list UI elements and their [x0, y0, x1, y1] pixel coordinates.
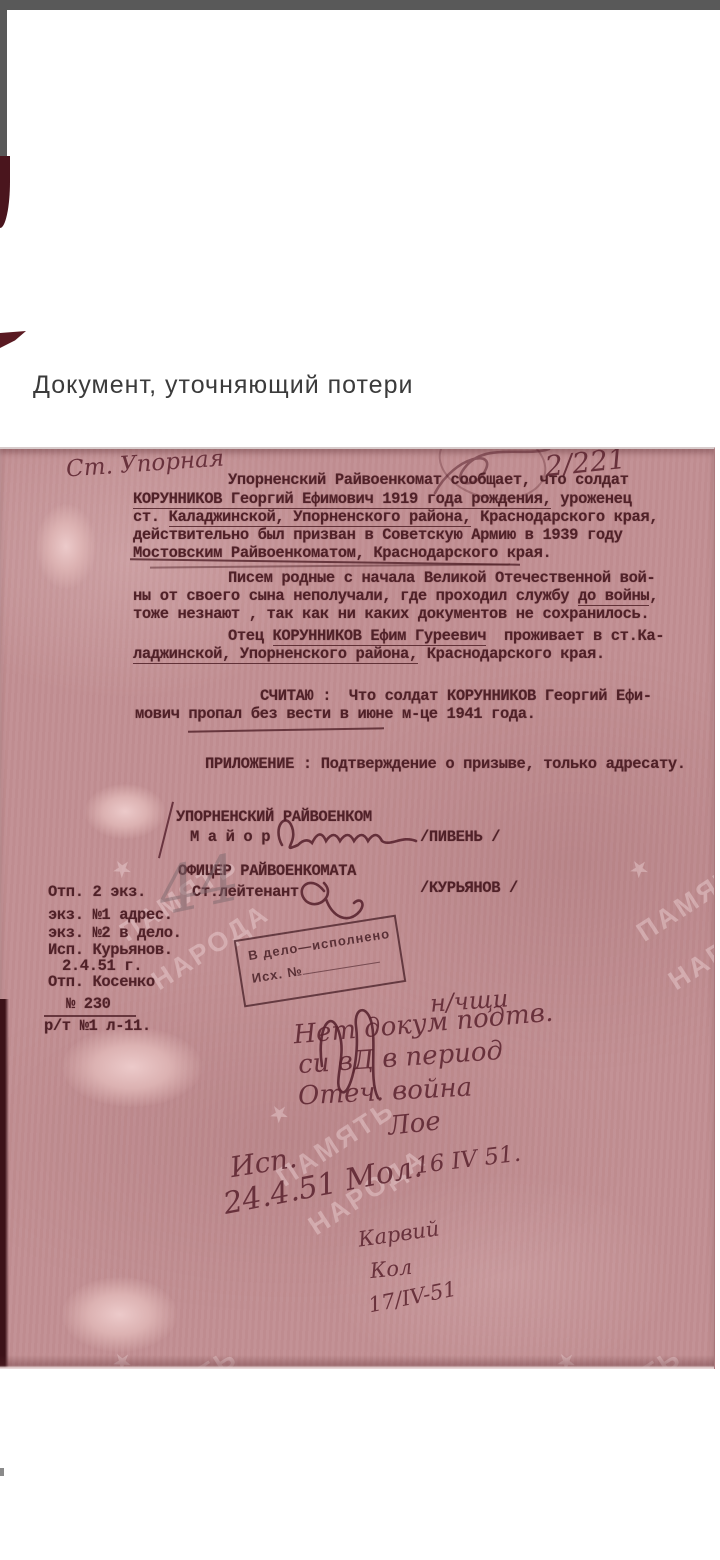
underlined-text: КОРУННИКОВ Ефим Гуреевич — [273, 627, 487, 646]
hand-note-station: Ст. Упорная — [65, 448, 224, 482]
typed-text: уроженец — [551, 490, 631, 508]
stamp-blank-line — [303, 962, 380, 975]
underlined-text: до войны — [578, 587, 649, 606]
typed-text: проживает в ст.Ка- — [486, 627, 664, 645]
scan-bottom-shadow — [0, 1355, 714, 1369]
brand-flag-icon — [0, 331, 26, 348]
brand-logo-fragment — [0, 156, 10, 228]
typed-line: КОРУННИКОВ Георгий Ефимович 1919 года ро… — [133, 490, 632, 509]
paper-crease — [36, 504, 96, 589]
hand-note: Отеч. война — [297, 1074, 472, 1109]
copies-note-line: экз. №1 адрес. — [48, 906, 173, 925]
typed-text: Отец — [228, 627, 273, 645]
typed-text: Краснодарского края, — [471, 508, 658, 526]
typed-line: ПРИЛОЖЕНИЕ : Подтверждение о призыве, то… — [205, 755, 686, 774]
hand-signature-short: Лое — [387, 1108, 442, 1139]
doc-rt-number: р/т №1 л-11. — [44, 1017, 151, 1036]
paper-tear — [62, 1027, 202, 1107]
copies-note-line: экз. №2 в дело. — [48, 924, 182, 943]
typed-line: ны от своего сына неполучали, где проход… — [133, 587, 658, 606]
typed-text: , — [649, 587, 658, 605]
hand-underline — [188, 727, 384, 732]
typed-line: ладжинской, Упорненского района, Краснод… — [133, 645, 605, 664]
typed-line: тоже незнают , так как ни каких документ… — [133, 605, 649, 624]
paper-tear — [62, 1277, 177, 1352]
hand-date: 16 IV 51. — [414, 1143, 522, 1179]
sig-name-line: /ПИВЕНЬ / — [420, 828, 500, 847]
underlined-text: КОРУННИКОВ Георгий Ефимович 1919 года ро… — [133, 490, 551, 509]
stamp-label: Исх. № — [251, 963, 304, 986]
copies-note-line: Отп. 2 экз. — [48, 883, 146, 902]
hand-note: Кол — [369, 1257, 413, 1282]
document-scan-image[interactable]: ★ ПАМЯТЬ НАРОДА ★ ПАМЯТЬ НАРОДА ★ ПАМЯТЬ… — [0, 447, 715, 1369]
scan-left-shadow — [0, 999, 9, 1369]
major-signature — [268, 807, 423, 862]
left-edge-strip — [0, 10, 7, 156]
mobile-page: Документ, уточняющий потери ★ ПАМЯТЬ НАР… — [0, 0, 720, 1560]
watermark: ★ ПАМЯТЬ НАРОДА — [446, 1251, 715, 1369]
typed-line: Упорненский Райвоенкомат сообщает, что с… — [228, 471, 629, 490]
typed-line: мович пропал без вести в июне м-це 1941 … — [135, 705, 536, 724]
doc-number: № 230 — [66, 995, 111, 1014]
typed-line: СЧИТАЮ : Что солдат КОРУННИКОВ Георгий Е… — [260, 687, 652, 706]
typed-line: Писем родные с начала Великой Отечествен… — [228, 569, 655, 588]
typed-text: ст. — [133, 508, 169, 526]
sig-name-line: /КУРЬЯНОВ / — [420, 879, 518, 898]
copies-note-line: Отп. Косенко — [48, 973, 155, 992]
paper-tear — [85, 784, 165, 839]
edge-speck — [0, 1468, 4, 1476]
underlined-text: ладжинской, Упорненского района, — [133, 645, 418, 664]
typed-line: действительно был призван в Советскую Ар… — [133, 526, 623, 545]
underlined-text: Каладжинской, Упорненского района, — [169, 508, 472, 527]
typed-text: ны от своего сына неполучали, где проход… — [133, 587, 578, 605]
top-status-bar — [0, 0, 720, 10]
page-title: Документ, уточняющий потери — [33, 371, 413, 400]
hand-date: 17/IV-51 — [367, 1279, 459, 1317]
typed-line: Отец КОРУННИКОВ Ефим Гуреевич проживает … — [228, 627, 664, 646]
typed-text: Краснодарского края. — [418, 645, 605, 663]
hand-underline — [150, 563, 510, 568]
typed-line: ст. Каладжинской, Упорненского района, К… — [133, 508, 658, 527]
